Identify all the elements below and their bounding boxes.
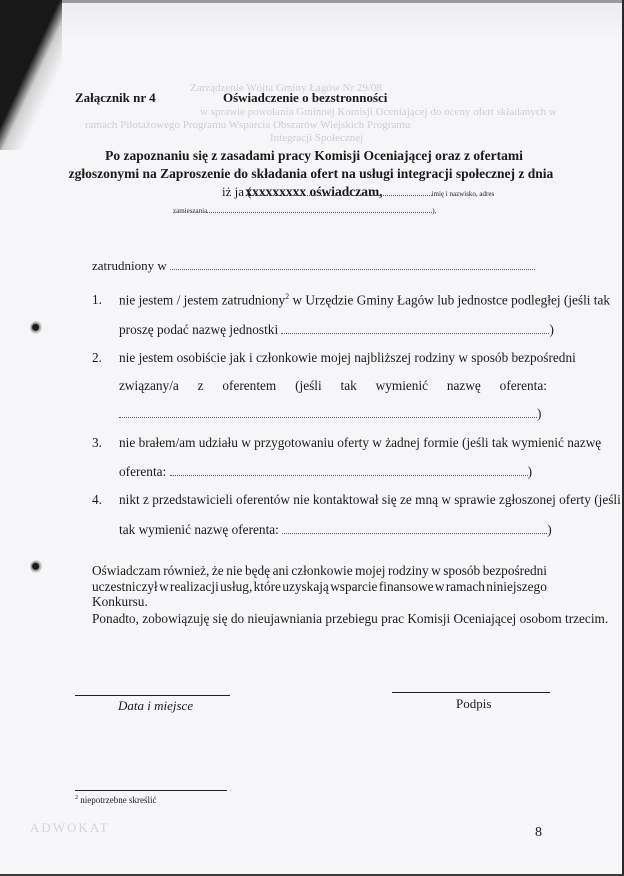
address-field-row: zamieszania), bbox=[173, 207, 436, 215]
word: w bbox=[159, 579, 169, 595]
signature-line[interactable] bbox=[392, 692, 550, 693]
word: (jeśli bbox=[295, 378, 322, 394]
offeror-name-input-line[interactable] bbox=[282, 524, 547, 534]
item-text-part: proszę podać nazwę jednostki bbox=[119, 322, 278, 337]
word: rodziny bbox=[388, 563, 429, 579]
confidentiality-paragraph: Ponadto, zobowiązuję się do nieujawniani… bbox=[92, 611, 608, 627]
statement-line-2: uczestniczyłwrealizacjiusług,któreuzyska… bbox=[92, 579, 547, 595]
word: wymienić bbox=[376, 378, 428, 394]
word: finansowe bbox=[379, 579, 434, 595]
page-number: 8 bbox=[535, 825, 542, 841]
word: uczestniczył bbox=[92, 579, 158, 595]
word: oferenta: bbox=[500, 378, 547, 394]
word: członkowie bbox=[291, 563, 352, 579]
word: uzyskają bbox=[282, 579, 329, 595]
footnote-separator bbox=[75, 790, 227, 791]
bleed-text: w sprawie powołania Gminnej Komisji Ocen… bbox=[200, 106, 557, 118]
attachment-label: Załącznik nr 4 bbox=[75, 90, 156, 106]
item-number: 1. bbox=[92, 292, 112, 308]
item-text: oferenta: bbox=[119, 464, 166, 479]
item-text: nie brałem/am udziału w przygotowaniu of… bbox=[119, 435, 547, 451]
word: które bbox=[254, 579, 281, 595]
close-paren: ) bbox=[549, 322, 553, 337]
bleed-text: ramach Pilotażowego Programu Wsparcia Ob… bbox=[85, 119, 410, 131]
document-title: Oświadczenie o bezstronności bbox=[223, 90, 387, 106]
offeror-name-input-line[interactable] bbox=[170, 466, 528, 476]
close-paren: ) bbox=[528, 464, 532, 479]
item-text-part: w Urzędzie Gminy Łagów lub jednostce pod… bbox=[289, 292, 610, 307]
statement-paragraph: Oświadczamrównież,żeniebędęaniczłonkowie… bbox=[92, 563, 547, 610]
signature-label: Podpis bbox=[456, 696, 491, 712]
document-page: Zarządzenie Wójta Gminy Łagów Nr 29/08 w… bbox=[0, 0, 624, 876]
item-text: nie jestem osobiście jak i członkowie mo… bbox=[119, 350, 547, 366]
employer-field-row: zatrudniony w bbox=[92, 258, 535, 274]
word: w bbox=[435, 579, 445, 595]
item-number: 3. bbox=[92, 435, 112, 451]
item-number: 4. bbox=[92, 492, 112, 508]
word: realizacji bbox=[170, 579, 219, 595]
name-input-line[interactable] bbox=[252, 186, 432, 196]
word: będę bbox=[245, 563, 270, 579]
item-number: 2. bbox=[92, 350, 112, 366]
word: sposób bbox=[443, 563, 480, 579]
close-paren: ) bbox=[537, 406, 541, 421]
item-text: nikt z przedstawicieli oferentów nie kon… bbox=[119, 492, 547, 508]
item-text: proszę podać nazwę jednostki ) bbox=[119, 322, 547, 338]
item-text-justified: związany/azoferentem(jeślitakwymienićnaz… bbox=[119, 378, 547, 394]
word: Oświadczam bbox=[92, 563, 161, 579]
word: w bbox=[431, 563, 441, 579]
word: wsparcie bbox=[330, 579, 377, 595]
word: związany/a bbox=[119, 378, 179, 394]
stamp-bleed: ADWOKAT bbox=[30, 820, 110, 836]
folded-corner bbox=[0, 0, 62, 150]
name-prefix: iż ja ( bbox=[222, 184, 252, 199]
word: niniejszego bbox=[486, 579, 547, 595]
item-text-part: nie jestem / jestem zatrudniony bbox=[119, 292, 285, 307]
statement-line-1: Oświadczamrównież,żeniebędęaniczłonkowie… bbox=[92, 563, 547, 579]
word: mojej bbox=[355, 563, 385, 579]
date-place-label: Data i miejsce bbox=[118, 698, 193, 714]
intro-line-2: zgłoszonymi na Zaproszenie do składania … bbox=[58, 165, 564, 183]
word: ani bbox=[273, 563, 289, 579]
address-input-line[interactable] bbox=[207, 207, 432, 213]
punch-hole bbox=[30, 560, 44, 574]
employer-prefix: zatrudniony w bbox=[92, 258, 167, 273]
statement-line-3: Konkursu. bbox=[92, 594, 547, 610]
name-hint: imię i nazwisko, adres bbox=[432, 190, 495, 198]
date-place-line[interactable] bbox=[75, 695, 230, 696]
footnote-text: niepotrzebne skreślić bbox=[78, 795, 156, 805]
word: oferentem bbox=[222, 378, 276, 394]
item-text: nie jestem / jestem zatrudniony2 w Urzęd… bbox=[119, 292, 547, 308]
offeror-name-input-line[interactable] bbox=[119, 408, 537, 418]
close-paren: ) bbox=[547, 522, 551, 537]
scan-top-edge bbox=[60, 0, 624, 3]
word: ramach bbox=[446, 579, 485, 595]
word: nie bbox=[226, 563, 242, 579]
word: nazwę bbox=[447, 378, 481, 394]
word: tak bbox=[341, 378, 357, 394]
word: usług, bbox=[220, 579, 252, 595]
address-suffix: ), bbox=[432, 207, 436, 215]
address-prefix: zamieszania bbox=[173, 207, 207, 215]
word: z bbox=[198, 378, 204, 394]
bleed-text: Integracji Społecznej bbox=[270, 132, 363, 144]
employer-input-line[interactable] bbox=[170, 260, 535, 270]
word: bezpośredni bbox=[483, 563, 547, 579]
footnote: 2 niepotrzebne skreślić bbox=[75, 795, 156, 805]
word: również, bbox=[163, 563, 209, 579]
name-field-row: iż ja (imię i nazwisko, adres bbox=[222, 184, 494, 200]
unit-name-input-line[interactable] bbox=[281, 324, 549, 334]
word: że bbox=[212, 563, 224, 579]
punch-hole bbox=[30, 321, 44, 335]
intro-line-1: Po zapoznaniu się z zasadami pracy Komis… bbox=[64, 147, 564, 165]
item-text: tak wymienić nazwę oferenta: bbox=[119, 522, 279, 537]
